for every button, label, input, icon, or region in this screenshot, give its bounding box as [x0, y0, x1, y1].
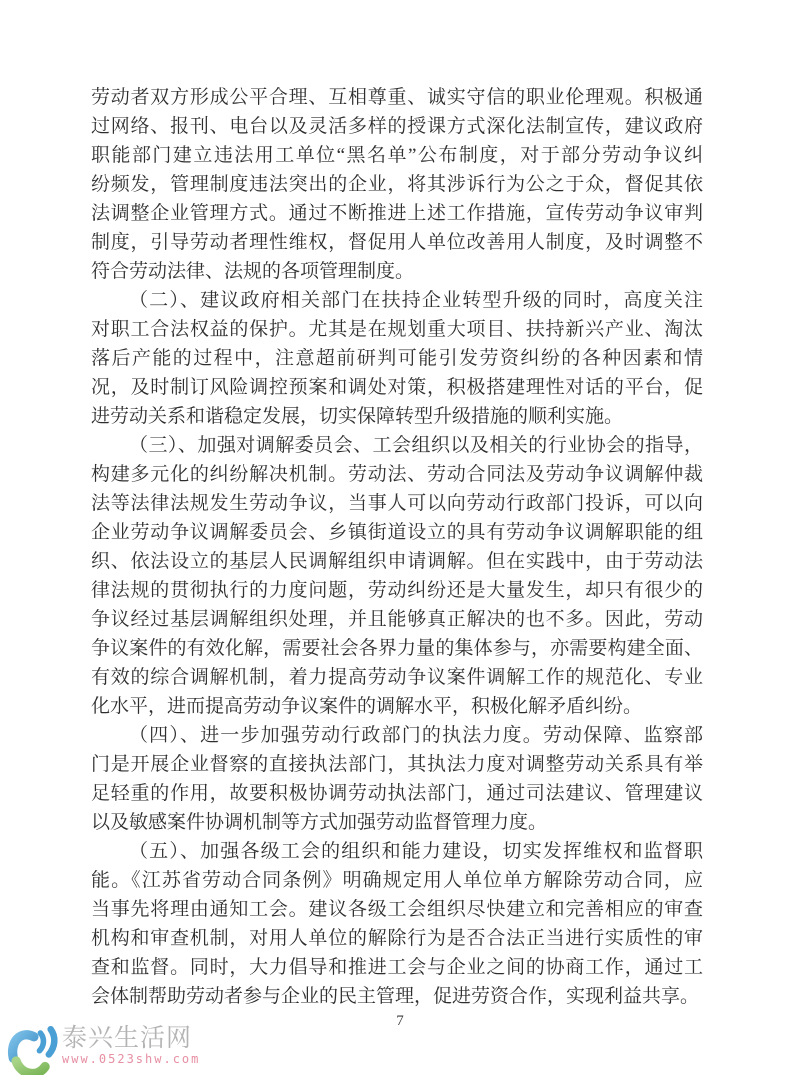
site-watermark: 泰兴生活网 www.0523shw.com: [4, 1019, 200, 1075]
text-line: 争议案件的有效化解，需要社会各界力量的集体参与，亦需要构建全面、: [91, 634, 703, 663]
text-line: （四）、进一步加强劳动行政部门的执法力度。劳动保障、监察部: [91, 721, 703, 750]
site-url: www.0523shw.com: [62, 1052, 200, 1066]
text-line: 对职工合法权益的保护。尤其是在规划重大项目、扶持新兴产业、淘汰: [91, 315, 703, 344]
text-line: 劳动者双方形成公平合理、互相尊重、诚实守信的职业伦理观。积极通: [91, 83, 703, 112]
text-line: 符合劳动法律、法规的各项管理制度。: [91, 257, 703, 286]
text-line: 门是开展企业督察的直接执法部门，其执法力度对调整劳动关系具有举: [91, 750, 703, 779]
text-line: 制度，引导劳动者理性维权，督促用人单位改善用人制度，及时调整不: [91, 228, 703, 257]
text-line: （二）、建议政府相关部门在扶持企业转型升级的同时，高度关注: [91, 286, 703, 315]
text-line: 争议经过基层调解组织处理，并且能够真正解决的也不多。因此，劳动: [91, 605, 703, 634]
watermark-text: 泰兴生活网 www.0523shw.com: [62, 1019, 200, 1066]
document-page: 劳动者双方形成公平合理、互相尊重、诚实守信的职业伦理观。积极通过网络、报刊、电台…: [0, 0, 800, 1077]
signal-hand-icon: [4, 1019, 60, 1075]
text-line: 况，及时制订风险调控预案和调处对策，积极搭建理性对话的平台，促: [91, 373, 703, 402]
text-line: 法等法律法规发生劳动争议，当事人可以向劳动行政部门投诉，可以向: [91, 489, 703, 518]
text-line: 构建多元化的纠纷解决机制。劳动法、劳动合同法及劳动争议调解仲裁: [91, 460, 703, 489]
text-line: 落后产能的过程中，注意超前研判可能引发劳资纠纷的各种因素和情: [91, 344, 703, 373]
text-line: 足轻重的作用，故要积极协调劳动执法部门，通过司法建议、管理建议: [91, 779, 703, 808]
text-line: 过网络、报刊、电台以及灵活多样的授课方式深化法制宣传，建议政府: [91, 112, 703, 141]
text-line: 法调整企业管理方式。通过不断推进上述工作措施，宣传劳动争议审判: [91, 199, 703, 228]
text-line: （三）、加强对调解委员会、工会组织以及相关的行业协会的指导，: [91, 431, 703, 460]
text-line: 纷频发，管理制度违法突出的企业，将其涉诉行为公之于众，督促其依: [91, 170, 703, 199]
text-line: 律法规的贯彻执行的力度问题，劳动纠纷还是大量发生，却只有很少的: [91, 576, 703, 605]
document-body: 劳动者双方形成公平合理、互相尊重、诚实守信的职业伦理观。积极通过网络、报刊、电台…: [91, 83, 703, 1011]
text-line: 进劳动关系和谐稳定发展，切实保障转型升级措施的顺利实施。: [91, 402, 703, 431]
text-line: 职能部门建立违法用工单位“黑名单”公布制度，对于部分劳动争议纠: [91, 141, 703, 170]
text-line: 查和监督。同时，大力倡导和推进工会与企业之间的协商工作，通过工: [91, 953, 703, 982]
text-line: 机构和审查机制，对用人单位的解除行为是否合法正当进行实质性的审: [91, 924, 703, 953]
text-line: 有效的综合调解机制，着力提高劳动争议案件调解工作的规范化、专业: [91, 663, 703, 692]
text-line: 以及敏感案件协调机制等方式加强劳动监督管理力度。: [91, 808, 703, 837]
text-line: 企业劳动争议调解委员会、乡镇街道设立的具有劳动争议调解职能的组: [91, 518, 703, 547]
site-name: 泰兴生活网: [62, 1025, 200, 1051]
text-line: 织、依法设立的基层人民调解组织申请调解。但在实践中，由于劳动法: [91, 547, 703, 576]
text-line: 能。《江苏省劳动合同条例》明确规定用人单位单方解除劳动合同，应: [91, 866, 703, 895]
text-line: 会体制帮助劳动者参与企业的民主管理，促进劳资合作，实现利益共享。: [91, 982, 703, 1011]
text-line: （五）、加强各级工会的组织和能力建设，切实发挥维权和监督职: [91, 837, 703, 866]
text-line: 化水平，进而提高劳动争议案件的调解水平，积极化解矛盾纠纷。: [91, 692, 703, 721]
text-line: 当事先将理由通知工会。建议各级工会组织尽快建立和完善相应的审查: [91, 895, 703, 924]
